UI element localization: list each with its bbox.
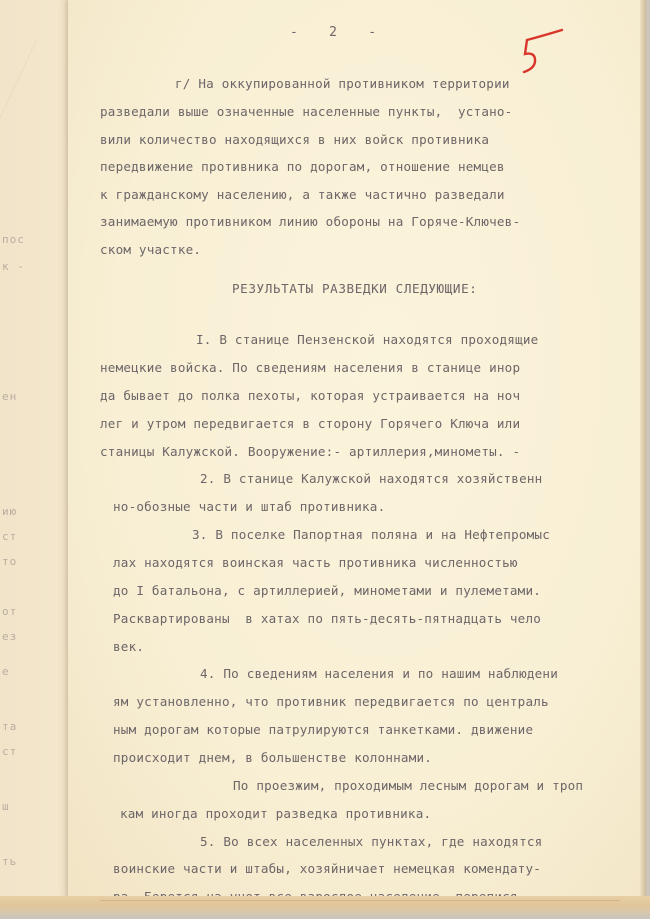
underlying-text-fragment: е xyxy=(2,665,10,678)
underlying-text-fragment: пос xyxy=(2,233,25,246)
typed-line: немецкие войска. По сведениям населения … xyxy=(100,362,520,375)
typed-line: да бывает до полка пехоты, которая устра… xyxy=(100,390,520,403)
typed-line: лах находятся воинская часть противника … xyxy=(113,557,518,570)
underlying-text-fragment: ию xyxy=(2,505,17,518)
typed-line: 2. В станице Калужской находятся хозяйст… xyxy=(200,473,542,486)
typed-line: станицы Калужской. Вооружение:- артиллер… xyxy=(100,446,520,459)
typed-line: I. В станице Пензенской находятся проход… xyxy=(196,334,538,347)
typed-line: разведали выше означенные населенные пун… xyxy=(100,106,512,119)
page-edge xyxy=(640,0,646,898)
typed-line: занимаемую противником линию обороны на … xyxy=(100,216,520,229)
underlying-text-fragment: ть xyxy=(2,855,17,868)
typed-line: к гражданскому населению, а также частич… xyxy=(100,189,505,202)
typed-line: г/ На оккупированной противником террито… xyxy=(175,78,510,91)
typed-line: 5. Во всех населенных пунктах, где наход… xyxy=(200,836,542,849)
typed-line: 4. По сведениям населения и по нашим наб… xyxy=(200,668,558,681)
underlying-text-fragment: ез xyxy=(2,630,17,643)
typed-line: 3. В поселке Папортная поляна и на Нефте… xyxy=(192,529,550,542)
typed-line: ям установленно, что противник передвига… xyxy=(113,696,549,709)
torn-edge xyxy=(100,900,620,904)
underlying-text-fragment: ст xyxy=(2,745,17,758)
typed-line: передвижение противника по дорогам, отно… xyxy=(100,161,505,174)
typed-line: вили количество находящихся в них войск … xyxy=(100,134,489,147)
underlying-text-fragment: ст xyxy=(2,530,17,543)
typed-line: век. xyxy=(113,641,144,654)
underlying-text-fragment: та xyxy=(2,720,17,733)
typed-line: ным дорогам которые патрулируются танкет… xyxy=(113,724,533,737)
typed-line: Расквартированы в хатах по пять-десять-п… xyxy=(113,613,541,626)
underlying-text-fragment: ш xyxy=(2,800,10,813)
typed-line: но-обозные части и штаб противника. xyxy=(113,501,385,514)
typed-line: По проезжим, проходимым лесным дорогам и… xyxy=(233,780,583,793)
typed-line: воинские части и штабы, хозяйничает неме… xyxy=(113,863,541,876)
typed-line: лег и утром передвигается в сторону Горя… xyxy=(100,418,520,431)
section-heading: РЕЗУЛЬТАТЫ РАЗВЕДКИ СЛЕДУЮЩИЕ: xyxy=(232,281,477,296)
underlying-text-fragment: к - xyxy=(2,260,25,273)
typed-line: до I батальона, с артиллерией, минометам… xyxy=(113,585,541,598)
archive-page-number-mark xyxy=(518,28,568,78)
underlying-page: поск -ениюсттоотезетастшть xyxy=(0,0,73,905)
typed-line: ском участке. xyxy=(100,244,201,257)
page-number: - 2 - xyxy=(290,25,376,40)
underlying-text-fragment: то xyxy=(2,555,17,568)
underlying-text-fragment: от xyxy=(2,605,17,618)
typed-line: кам иногда проходит разведка противника. xyxy=(120,808,431,821)
underlying-text-fragment: ен xyxy=(2,390,17,403)
typed-line: происходит днем, в большенстве колоннами… xyxy=(113,752,432,765)
